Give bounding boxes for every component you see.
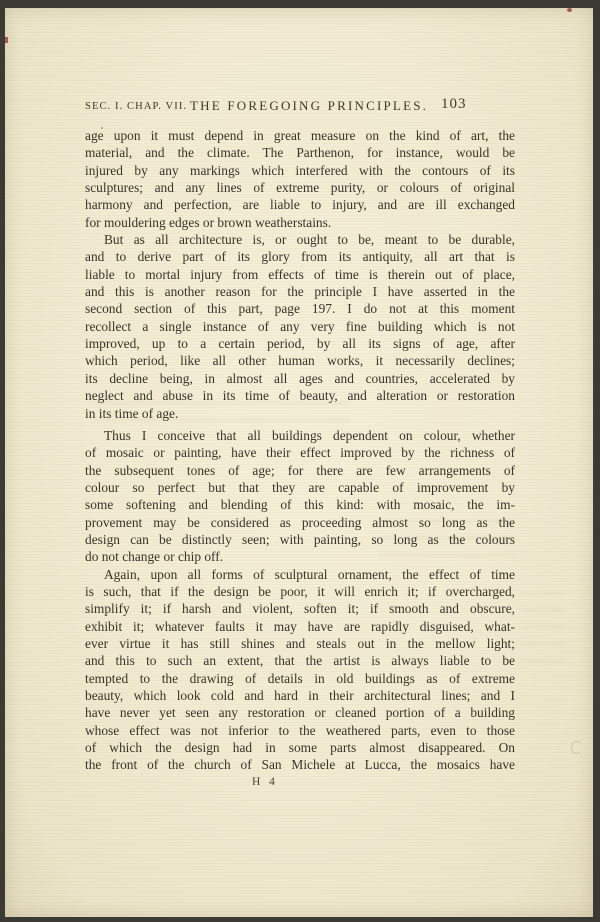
text-line: ever virtue it has still shines and stea… <box>85 635 515 652</box>
text-line: material, and the climate. The Parthenon… <box>85 144 515 161</box>
signature-mark: H 4 <box>252 776 278 788</box>
text-line: colour so perfect but that they are capa… <box>85 479 515 496</box>
text-line: injured by any markings which interfered… <box>85 162 515 179</box>
text-line: simplify it; if harsh and violent, softe… <box>85 600 515 617</box>
text-line: some softening and blending of this kind… <box>85 496 515 513</box>
text-line: neglect and abuse in its time of beauty,… <box>85 387 515 404</box>
running-header: SEC. I. CHAP. VII. THE FOREGOING PRINCIP… <box>85 96 515 116</box>
ink-speck <box>5 37 8 43</box>
text-line: Again, upon all forms of sculptural orna… <box>85 566 515 583</box>
text-line: liable to mortal injury from effects of … <box>85 266 515 283</box>
text-line: age upon it must depend in great measure… <box>85 127 515 144</box>
text-line: harmony and perfection, are liable to in… <box>85 196 515 213</box>
text-line: Thus I conceive that all buildings depen… <box>85 427 515 444</box>
text-line: of mosaic or painting, have their effect… <box>85 444 515 461</box>
page-number: 103 <box>441 96 467 113</box>
text-line: exhibit it; whatever faults it may have … <box>85 618 515 635</box>
text-line: in its time of age. <box>85 405 515 422</box>
text-line: and to derive part of its glory from its… <box>85 248 515 265</box>
text-line: But as all architecture is, or ought to … <box>85 231 515 248</box>
body-paragraph: Again, upon all forms of sculptural orna… <box>85 566 515 774</box>
text-line: which period, like all other human works… <box>85 352 515 369</box>
running-header-section: SEC. I. CHAP. VII. <box>85 101 187 112</box>
text-line: sculptures; and any lines of extreme pur… <box>85 179 515 196</box>
running-header-title: THE FOREGOING PRINCIPLES. <box>190 98 428 114</box>
text-line: improved, up to a certain period, by all… <box>85 335 515 352</box>
text-line: design can be distinctly seen; with pain… <box>85 531 515 548</box>
body-paragraph: But as all architecture is, or ought to … <box>85 231 515 422</box>
text-line: its decline being, in almost all ages an… <box>85 370 515 387</box>
text-line: of which the design had in some parts al… <box>85 739 515 756</box>
text-line: provement may be considered as proceedin… <box>85 514 515 531</box>
text-line: whose effect was not inferior to the wea… <box>85 722 515 739</box>
text-line: have never yet seen any restoration or c… <box>85 704 515 721</box>
text-line: do not change or chip off. <box>85 548 515 565</box>
text-line: beauty, which look cold and hard in thei… <box>85 687 515 704</box>
body-paragraph: Thus I conceive that all buildings depen… <box>85 427 515 566</box>
text-line: tempted to the drawing of details in old… <box>85 670 515 687</box>
text-line: is such, that if the design be poor, it … <box>85 583 515 600</box>
text-line: the subsequent tones of age; for there a… <box>85 462 515 479</box>
ink-speck <box>567 8 572 12</box>
text-line: and this is another reason for the princ… <box>85 283 515 300</box>
text-line: recollect a single instance of any very … <box>85 318 515 335</box>
text-line: and this to such an extent, that the art… <box>85 652 515 669</box>
body-paragraph: age upon it must depend in great measure… <box>85 127 515 231</box>
text-line: for mouldering edges or brown weathersta… <box>85 214 515 231</box>
text-line: the front of the church of San Michele a… <box>85 756 515 773</box>
faint-stamp-mark <box>571 741 582 754</box>
text-line: second section of this part, page 197. I… <box>85 300 515 317</box>
body-text: age upon it must depend in great measure… <box>85 127 515 774</box>
scanned-book-page: SEC. I. CHAP. VII. THE FOREGOING PRINCIP… <box>0 0 600 922</box>
